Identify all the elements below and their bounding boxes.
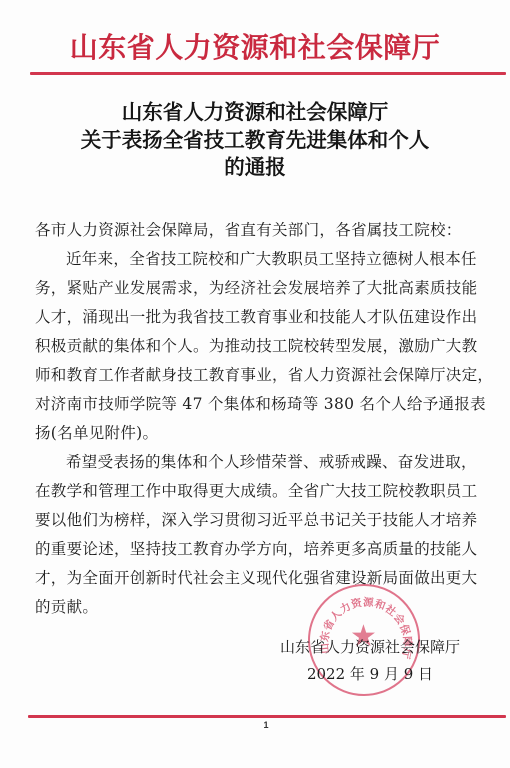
signature-block: 山东省人力资源社会保障厅 2022 年 9 月 9 日 [270, 634, 470, 688]
paragraph-line: 要以他们为榜样，深入学习贯彻习近平总书记关于技能人才培养 [35, 506, 475, 535]
document-body: 各市人力资源社会保障局，省直有关部门，各省属技工院校： 近年来，全省技工院校和广… [35, 216, 475, 622]
paragraph-line: 扬(名单见附件)。 [35, 419, 475, 448]
paragraph-line: 的重要论述，坚持技工教育办学方向，培养更多高质量的技能人 [35, 535, 475, 564]
issuer-name: 山东省人力资源社会保障厅 [270, 634, 470, 661]
paragraph-line: 人才，涌现出一批为我省技工教育事业和技能人才队伍建设作出 [35, 303, 475, 332]
letterhead-divider [30, 72, 506, 75]
document-title-line: 关于表扬全省技工教育先进集体和个人 [0, 127, 510, 155]
paragraph-line: 务，紧贴产业发展需求，为经济社会发展培养了大批高素质技能 [35, 274, 475, 303]
footer-divider [28, 715, 506, 718]
paragraph-line: 师和教育工作者献身技工教育事业，省人力资源社会保障厅决定， [35, 361, 475, 390]
document-title: 山东省人力资源和社会保障厅 关于表扬全省技工教育先进集体和个人 的通报 [0, 99, 510, 182]
page-number: 1 [260, 720, 272, 730]
paragraph-line: 在教学和管理工作中取得更大成绩。全省广大技工院校教职员工 [35, 477, 475, 506]
document-title-line: 山东省人力资源和社会保障厅 [0, 99, 510, 127]
document-title-line: 的通报 [0, 154, 510, 182]
paragraph-line: 积极贡献的集体和个人。为推动技工院校转型发展，激励广大教 [35, 332, 475, 361]
paragraph-line: 对济南市技师学院等 47 个集体和杨琦等 380 名个人给予通报表 [35, 390, 475, 419]
salutation: 各市人力资源社会保障局，省直有关部门，各省属技工院校： [35, 216, 475, 245]
letterhead-title: 山东省人力资源和社会保障厅 [0, 30, 510, 66]
issue-date: 2022 年 9 月 9 日 [270, 661, 470, 688]
paragraph-line: 希望受表扬的集体和个人珍惜荣誉、戒骄戒躁、奋发进取， [35, 448, 475, 477]
paragraph-line: 近年来，全省技工院校和广大教职员工坚持立德树人根本任 [35, 245, 475, 274]
document-page: 山东省人力资源和社会保障厅 山东省人力资源和社会保障厅 关于表扬全省技工教育先进… [0, 0, 510, 768]
